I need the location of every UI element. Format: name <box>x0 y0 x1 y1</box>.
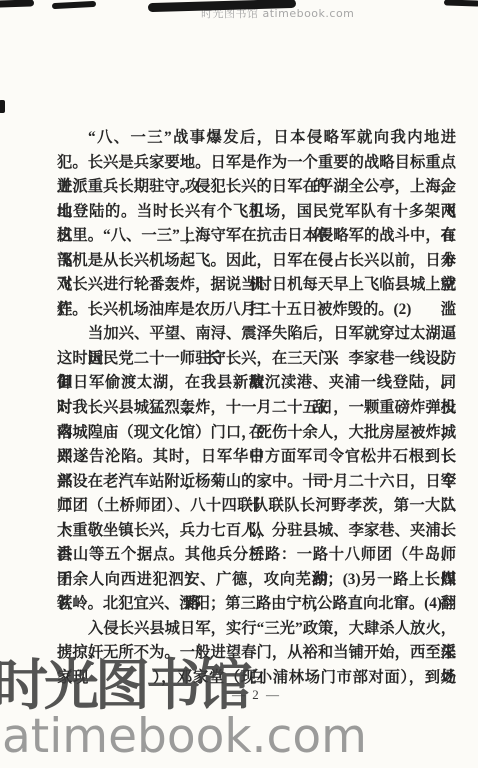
text-line: 内城隍庙（现文化馆）门口，死伤十余人，大批房屋被炸，即日长 <box>57 421 456 446</box>
text-line: 卜重敬坐镇长兴，兵力七百人，分驻县城、李家巷、夹浦、洪桥、 <box>57 519 456 544</box>
body-text: “八、一三”战事爆发后，日本侵略军就向我内地进 犯。长兴是兵家要地。日军是作为一… <box>57 126 456 691</box>
text-line: 入侵长兴县城日军，实行“三光”政策，大肆杀人放火，奸淫 <box>57 617 456 642</box>
bottom-watermark-chinese: 时光图书馆 <box>0 656 248 714</box>
paragraph: 当加兴、平望、南浔、震泽失陷后，日军就穿过太湖逼近长兴。 这时国民党二十一师驻守… <box>57 322 456 617</box>
text-line: 对长兴进行轮番轰炸，据说当时日机每天早上飞临县城上空狂扫滥 <box>57 273 456 298</box>
text-line: 师团（土桥师团）、八十四联队联队长河野孝茨，第一大队大队长 <box>57 494 456 519</box>
text-line: 千余人向西进犯泗安、广德，攻向芜湖；(3)另一路上长煤铁路，翻 <box>57 568 456 593</box>
scanned-book-page: 时光图书馆 atimebook.com “八、一三”战事爆发后，日本侵略军就向我… <box>0 0 478 768</box>
scan-smudge <box>0 0 34 8</box>
text-line: 对我长兴县城猛烈轰炸，十一月二十五日，一颗重磅炸弹投落在城 <box>57 396 456 421</box>
text-line: 兴遂告沦陷。其时，日军华中方面军司令官松井石根到长兴，司令 <box>57 445 456 470</box>
text-line: 香山等五个据点。其他兵分三路：一路十八师团（牛岛师团）约四 <box>57 543 456 568</box>
scan-smudge <box>52 1 96 9</box>
text-line: 茗岭。北犯宜兴、溧阳；第三路由宁杭公路直向北窜。(4) <box>57 592 456 617</box>
bottom-watermark-url: atimebook.com <box>2 712 367 762</box>
text-line: “八、一三”战事爆发后，日本侵略军就向我内地进 <box>57 126 456 151</box>
scan-smudge <box>0 100 5 113</box>
text-line: 这时国民党二十一师驻守长兴，在三天门、李家巷一线设防御敌。 <box>57 347 456 372</box>
text-line: 这里。“八、一三”上海守军在抗击日本侵略军的战斗中，有部分 <box>57 224 456 249</box>
text-line: 地登陆的。当时长兴有个飞机场，国民党军队有十多架飞机，停在 <box>57 200 456 225</box>
text-line: 部设在老汽车站附近杨菊山的家中。十一月二十六日，日军二十二 <box>57 470 456 495</box>
text-line: 飞机是从长兴机场起飞。因此，日军在侵占长兴以前，日本飞机就 <box>57 249 456 274</box>
text-line: 並派重兵长期驻守。侵犯长兴的日军在平湖全公亭，上海金山卫两 <box>57 175 456 200</box>
text-line: 当加兴、平望、南浔、震泽失陷后，日军就穿过太湖逼近长兴。 <box>57 322 456 347</box>
text-line: 犯。长兴是兵家要地。日军是作为一个重要的战略目标重点进攻的， <box>57 151 456 176</box>
scan-smudge <box>444 0 478 7</box>
text-line: 炸。长兴机场油库是农历八月二十五日被炸毁的。(2) <box>57 298 456 323</box>
text-line: 但日军偷渡太湖，在我县新塘沉渎港、夹浦一线登陆，同时，敌机 <box>57 371 456 396</box>
paragraph: “八、一三”战事爆发后，日本侵略军就向我内地进 犯。长兴是兵家要地。日军是作为一… <box>57 126 456 322</box>
